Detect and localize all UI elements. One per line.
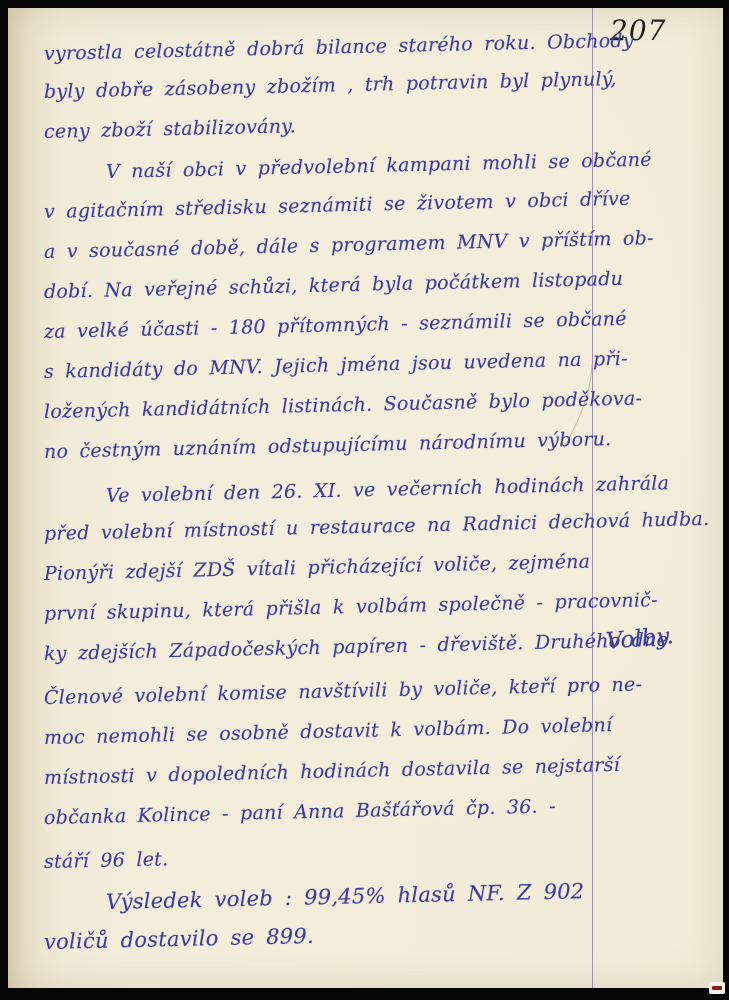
handwritten-line: s kandidáty do MNV. Jejich jména jsou uv… bbox=[44, 347, 628, 384]
handwritten-line: za velké účasti - 180 přítomných - sezná… bbox=[44, 307, 627, 344]
handwritten-line: ceny zboží stabilizovány. bbox=[44, 114, 296, 144]
handwritten-line: a v současné době, dále s programem MNV … bbox=[44, 226, 654, 264]
watermark-red-bar bbox=[712, 986, 722, 990]
scan-border: 207 Volby. vyrostla celostátně dobrá bil… bbox=[0, 0, 729, 1000]
handwritten-line: ložených kandidátních listinách. Současn… bbox=[44, 386, 643, 424]
handwritten-line: první skupinu, která přišla k volbám spo… bbox=[44, 588, 658, 626]
handwritten-line: dobí. Na veřejné schůzi, která byla počá… bbox=[44, 267, 624, 304]
scanner-watermark-icon bbox=[709, 982, 725, 994]
handwritten-line: vyrostla celostátně dobrá bilance staréh… bbox=[44, 29, 634, 66]
handwritten-line: Ve volební den 26. XI. ve večerních hodi… bbox=[106, 471, 670, 508]
handwritten-line: v agitačním středisku seznámiti se život… bbox=[44, 187, 631, 224]
handwritten-line: Členové volební komise navštívili by vol… bbox=[44, 672, 643, 710]
handwritten-line: moc nemohli se osobně dostavit k volbám.… bbox=[44, 713, 613, 750]
handwritten-line: stáří 96 let. bbox=[44, 847, 169, 874]
handwritten-line: byly dobře zásobeny zbožím , trh potravi… bbox=[44, 67, 617, 104]
scanned-page: 207 Volby. vyrostla celostátně dobrá bil… bbox=[8, 8, 723, 988]
handwritten-line: V naší obci v předvolební kampani mohli … bbox=[106, 148, 652, 184]
handwritten-line: no čestným uznáním odstupujícímu národní… bbox=[44, 427, 612, 464]
handwritten-line: Výsledek voleb : 99,45% hlasů NF. Z 902 bbox=[106, 879, 585, 914]
handwritten-line: ky zdejších Západočeských papíren - dřev… bbox=[44, 628, 669, 666]
handwritten-line: místnosti v dopoledních hodinách dostavi… bbox=[44, 753, 620, 790]
handwritten-line: před volební místností u restaurace na R… bbox=[44, 507, 710, 546]
handwritten-line: voličů dostavilo se 899. bbox=[44, 924, 314, 954]
handwritten-line: občanka Kolince - paní Anna Bašťářová čp… bbox=[44, 794, 556, 830]
handwritten-line: Pionýři zdejší ZDŠ vítali přicházející v… bbox=[44, 550, 591, 586]
